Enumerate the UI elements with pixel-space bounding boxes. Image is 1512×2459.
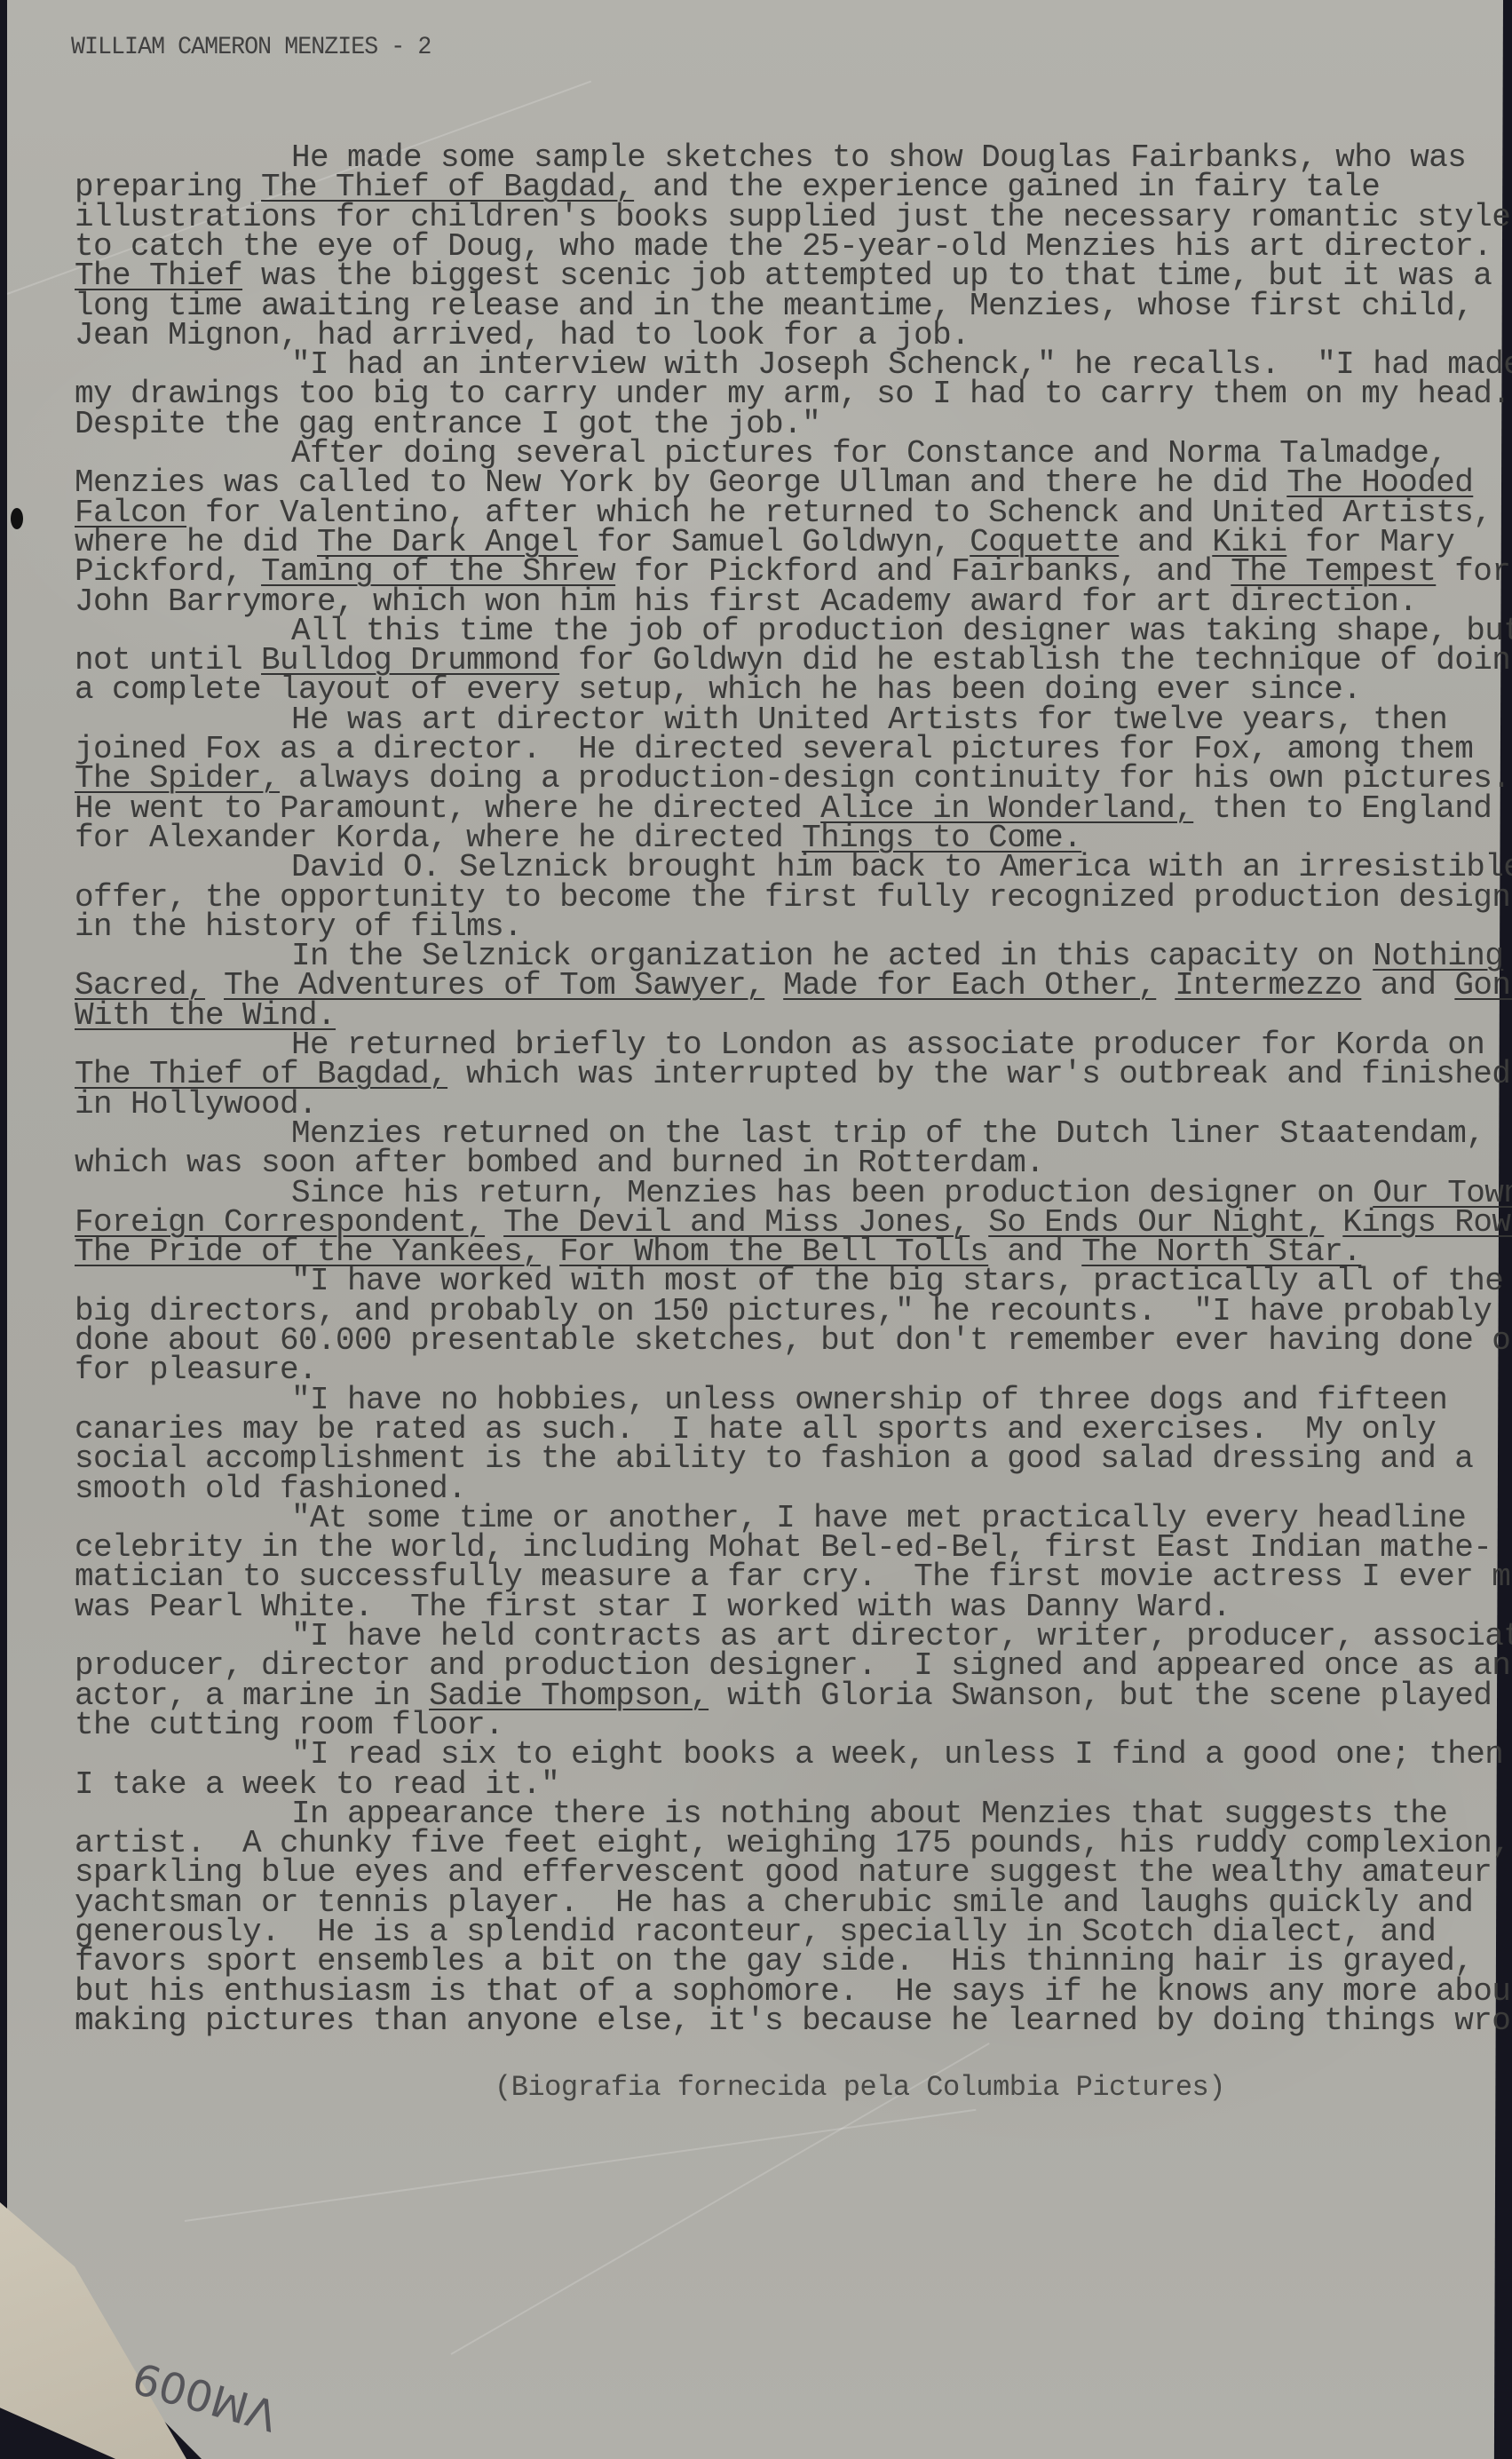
handwritten-archive-mark: VM009 (127, 2352, 282, 2440)
underlined-title: Gone (1454, 967, 1512, 1003)
underlined-title: Intermezzo (1175, 967, 1361, 1003)
typed-document: WILLIAM CAMERON MENZIES - 2 He made some… (0, 0, 1512, 2459)
text-segment: for pleasure. (75, 1352, 317, 1388)
text-segment: making pictures than anyone else, it's b… (75, 2003, 1512, 2039)
text-segment: then to England (1193, 790, 1492, 827)
text-segment: and (1361, 967, 1454, 1003)
text-segment: which was interrupted by the war's outbr… (447, 1056, 1510, 1092)
text-segment: for (1436, 553, 1510, 590)
text-segment (764, 967, 783, 1003)
text-line: in Hollywood. (75, 1089, 317, 1121)
source-credit: (Biografia fornecida pela Columbia Pictu… (495, 2071, 1225, 2104)
text-line: making pictures than anyone else, it's b… (75, 2005, 1512, 2037)
text-segment: with Gloria Swanson, but the scene playe… (709, 1678, 1492, 1714)
text-segment: in Hollywood. (75, 1086, 317, 1122)
text-segment (1156, 967, 1175, 1003)
page-header: WILLIAM CAMERON MENZIES - 2 (71, 34, 431, 61)
underlined-title: Made for Each Other, (783, 967, 1156, 1003)
underlined-title: Kings Row, (1342, 1204, 1512, 1241)
text-line: for pleasure. (75, 1354, 317, 1386)
